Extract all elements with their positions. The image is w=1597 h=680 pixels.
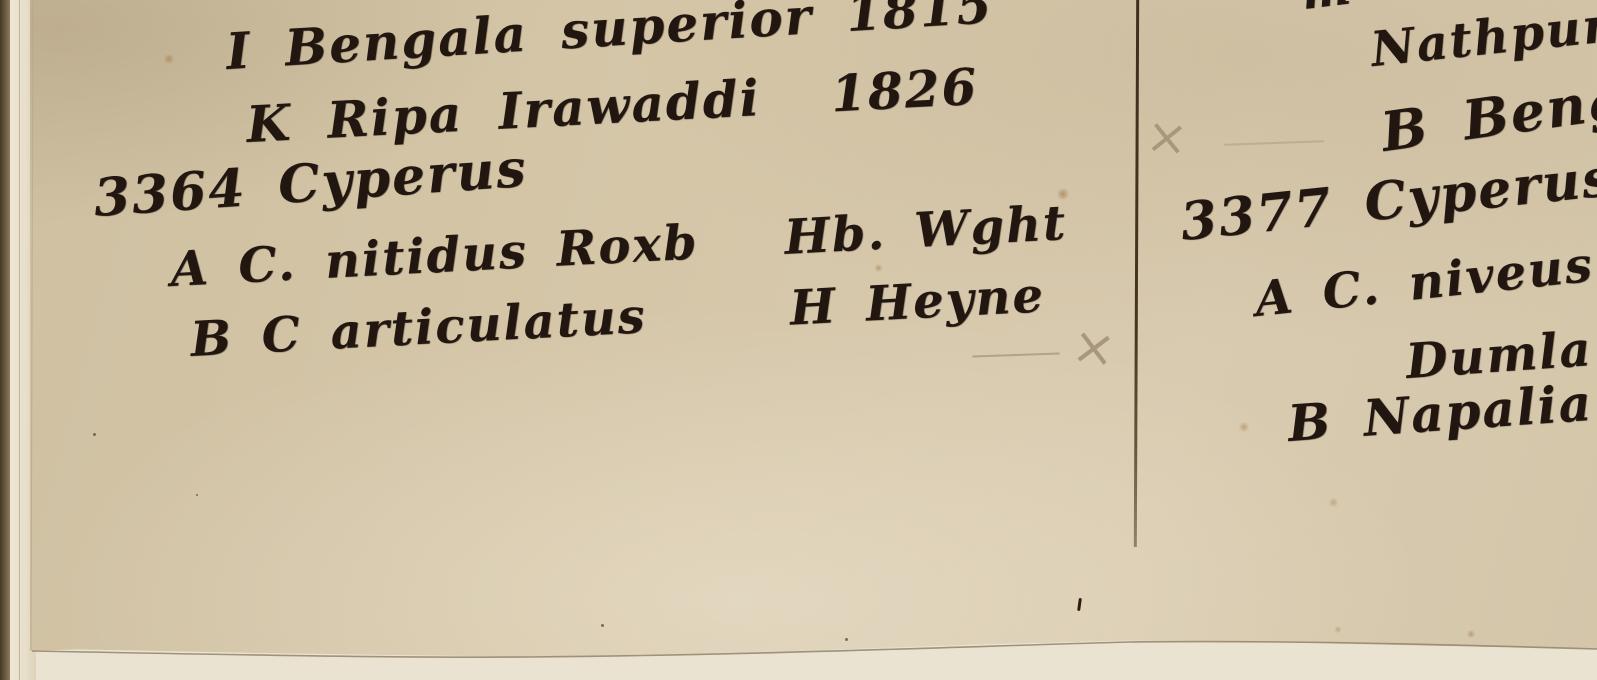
paper-speck (845, 638, 848, 641)
page-spine-edge (0, 0, 10, 680)
paper-speck (93, 433, 96, 436)
manuscript-scan: I Bengala superior 1815 K Ripa Irawaddi … (0, 0, 1597, 680)
paper-speck (196, 494, 198, 496)
pencil-cross-mark: × (1068, 315, 1120, 380)
pencil-cross-mark: × (1143, 106, 1191, 168)
paper-speck (601, 624, 604, 627)
backing-page-crease (19, 0, 20, 680)
